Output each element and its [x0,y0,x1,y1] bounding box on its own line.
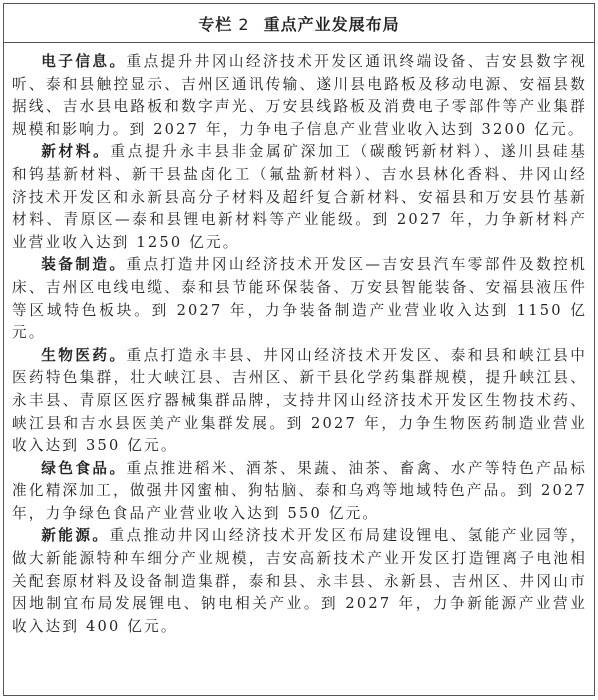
column-number: 2 [238,15,249,34]
section-heading: 新材料。 [41,143,110,160]
box-title: 专栏2重点产业发展布局 [198,12,399,35]
section-green-food: 绿色食品。重点推进稻米、酒茶、果蔬、油茶、畜禽、水产等特色产品标准化精深加工，做… [12,458,587,526]
section-heading: 装备制造。 [41,256,126,273]
box-content: 电子信息。重点提升井冈山经济技术开发区通讯终端设备、吉安县数字视听、泰和县触控显… [4,43,594,638]
feature-box: 专栏2重点产业发展布局 电子信息。重点提升井冈山经济技术开发区通讯终端设备、吉安… [3,3,595,696]
box-header: 专栏2重点产业发展布局 [4,4,594,43]
section-heading: 电子信息。 [41,53,126,70]
section-heading: 生物医药。 [41,347,126,364]
section-equipment-manufacturing: 装备制造。重点打造井冈山经济技术开发区—吉安县汽车零部件及数控机床、吉州区电线电… [12,254,587,344]
section-new-materials: 新材料。重点提升永丰县非金属矿深加工（碳酸钙新材料）、遂川县硅基和钨基新材料、新… [12,141,587,254]
column-label: 专栏 [198,15,232,34]
column-title: 重点产业发展布局 [264,15,400,34]
section-electronic-info: 电子信息。重点提升井冈山经济技术开发区通讯终端设备、吉安县数字视听、泰和县触控显… [12,51,587,141]
section-heading: 绿色食品。 [41,460,126,477]
section-new-energy: 新能源。重点推动井冈山经济技术开发区布局建设锂电、氢能产业园等，做大新能源特种车… [12,525,587,638]
section-heading: 新能源。 [41,527,109,544]
section-biomedicine: 生物医药。重点打造永丰县、井冈山经济技术开发区、泰和县和峡江县中医药特色集群，壮… [12,345,587,458]
